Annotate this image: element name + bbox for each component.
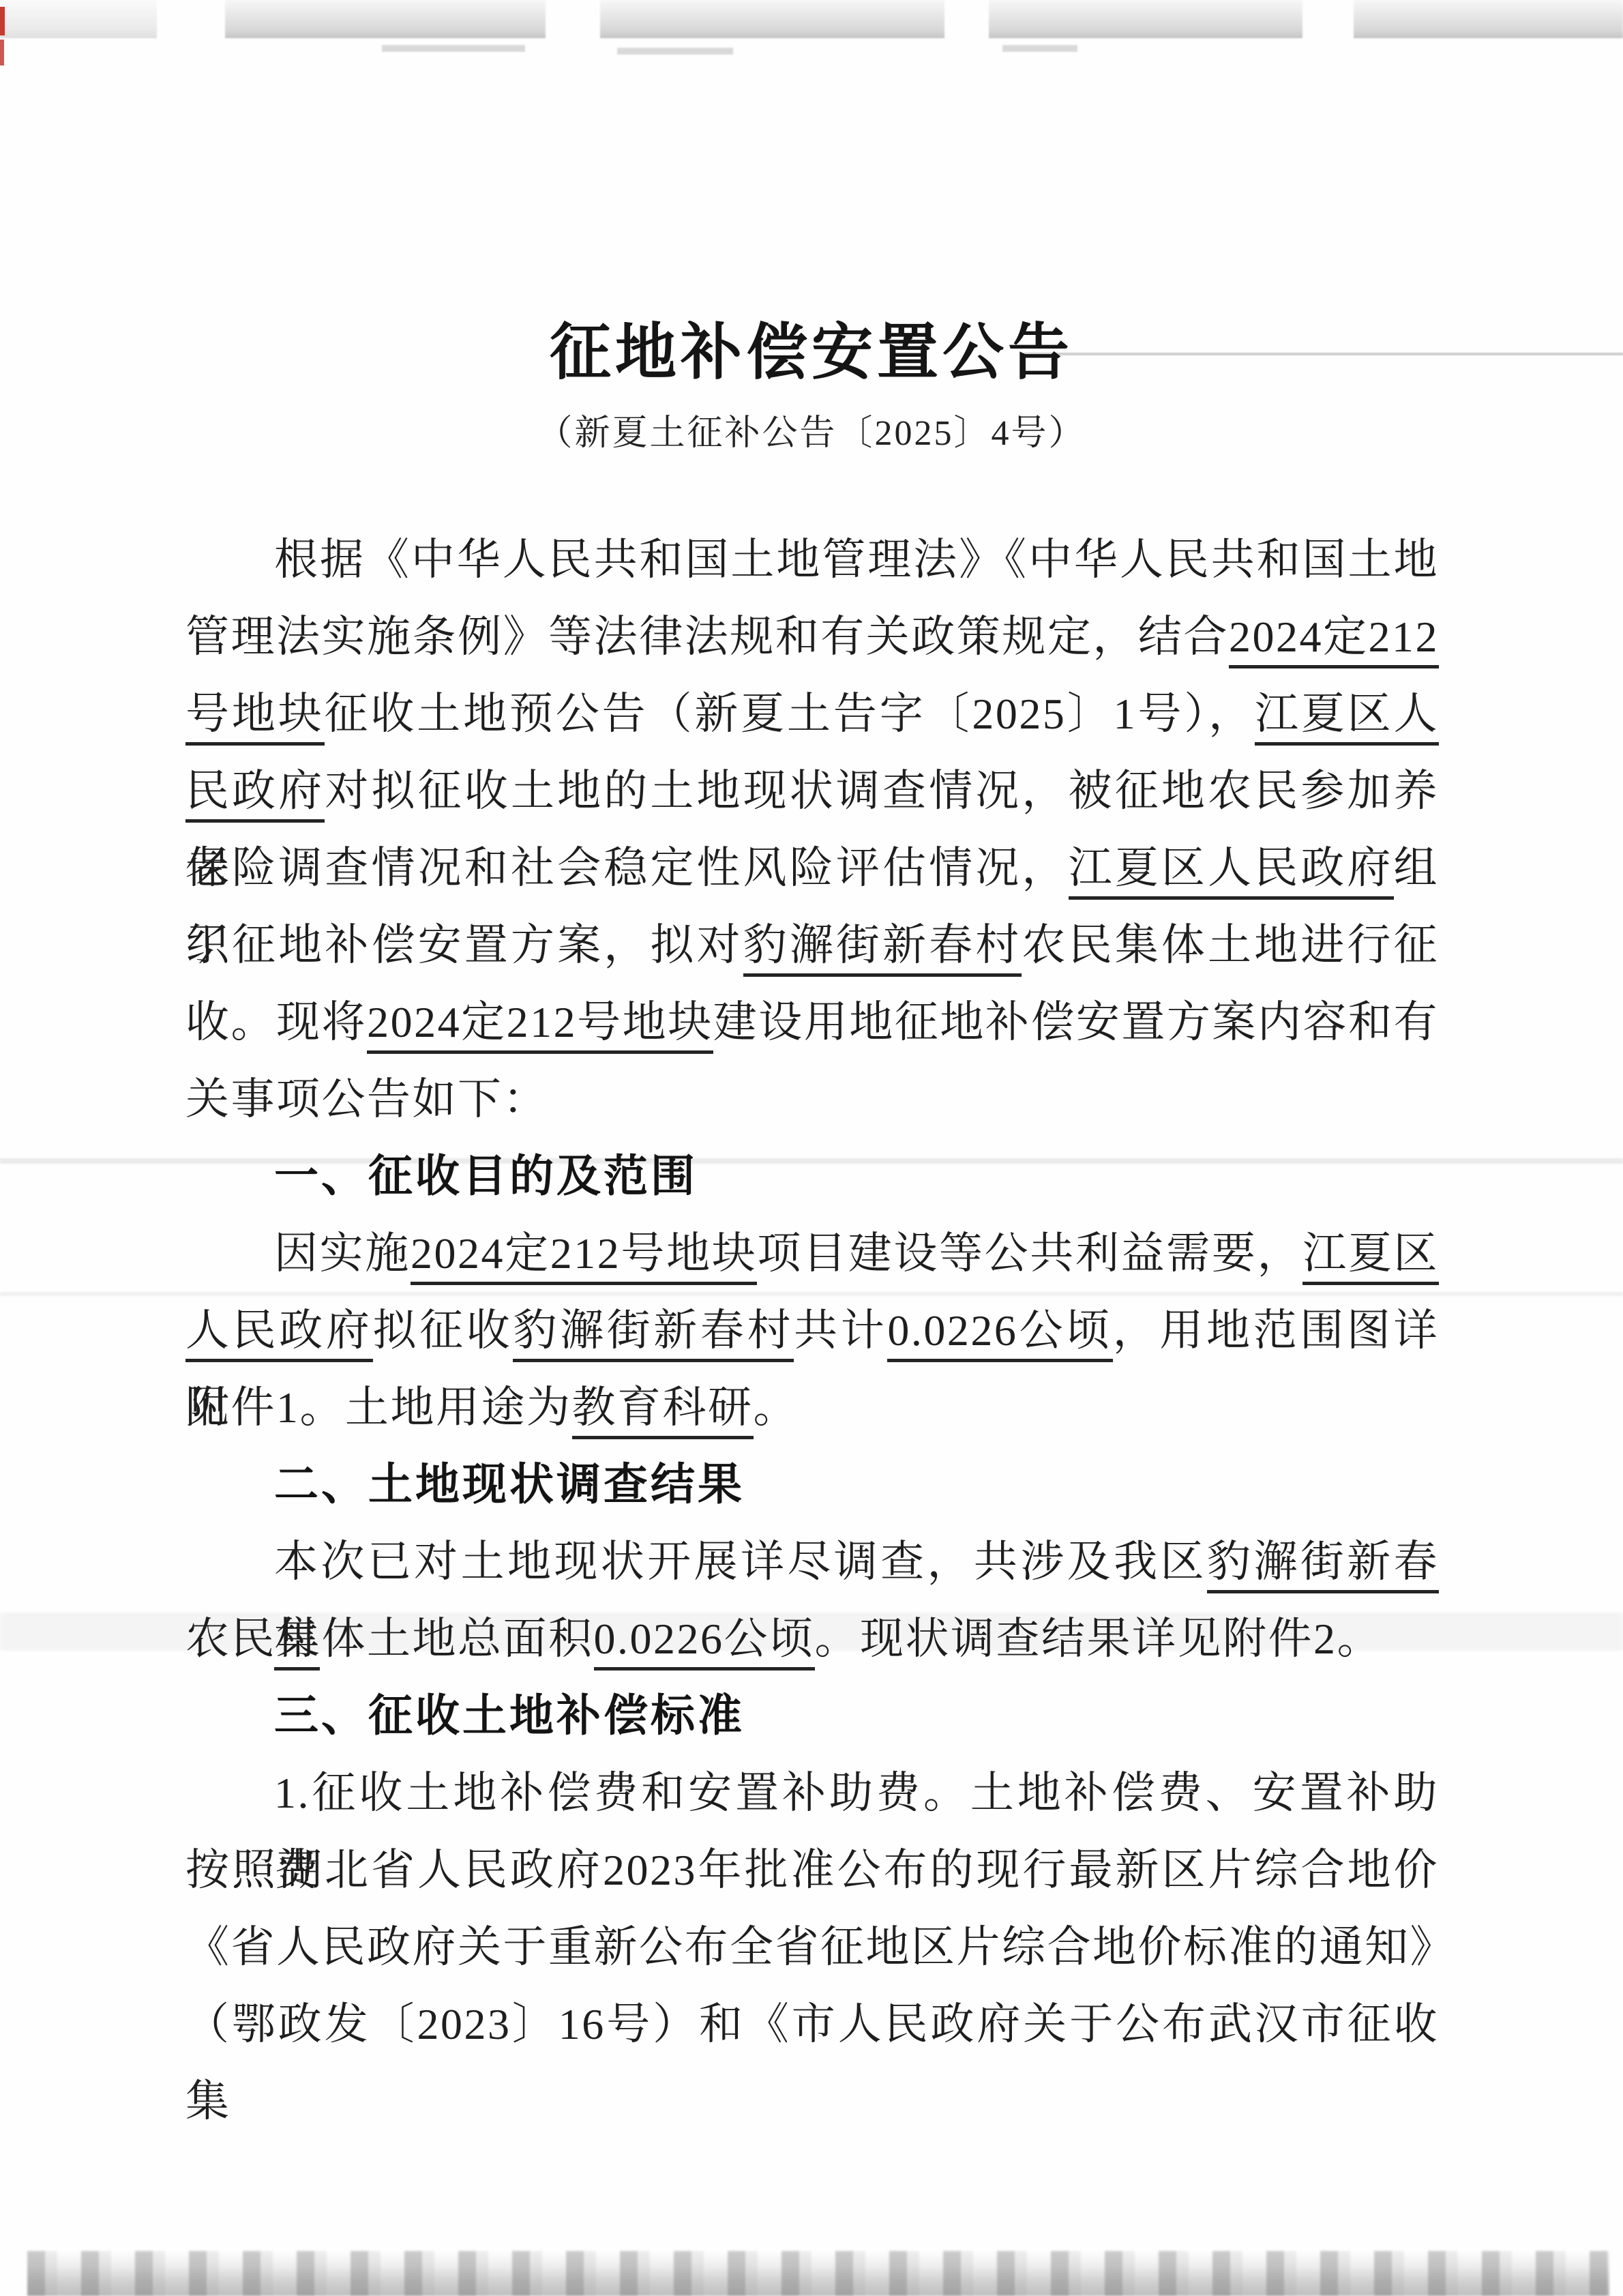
underlined-text: 号地块 bbox=[185, 690, 325, 746]
body-line: 民政府对拟征收土地的土地现状调查情况，被征地农民参加养老 bbox=[185, 752, 1439, 829]
body-line: 关事项公告如下： bbox=[185, 1061, 1439, 1138]
text-segment: 。 bbox=[754, 1383, 799, 1432]
text-segment: 二、土地现状调查结果 bbox=[274, 1459, 745, 1510]
body-line: 按照湖北省人民政府2023年批准公布的现行最新区片综合地价 bbox=[185, 1831, 1439, 1909]
underlined-text: 0.0226公顷 bbox=[594, 1615, 815, 1671]
body-line: 管理法实施条例》等法律法规和有关政策规定，结合2024定212 bbox=[185, 598, 1439, 675]
text-segment: 保险调查情况和社会稳定性风险评估情况， bbox=[185, 844, 1069, 892]
text-segment: 拟征收 bbox=[373, 1306, 513, 1355]
body-line: 人民政府拟征收豹澥街新春村共计0.0226公顷，用地范围图详见 bbox=[185, 1292, 1439, 1369]
text-segment: 《省人民政府关于重新公布全省征地区片综合地价标准的通知》 bbox=[185, 1923, 1455, 1971]
text-segment: 一、征收目的及范围 bbox=[274, 1151, 698, 1202]
scan-ghost-band bbox=[600, 0, 944, 38]
scan-red-mark bbox=[0, 7, 5, 35]
text-segment: 按照湖北省人民政府2023年批准公布的现行最新区片综合地价 bbox=[185, 1846, 1439, 1894]
section-heading: 二、土地现状调查结果 bbox=[185, 1446, 1439, 1523]
scan-ghost-band bbox=[1354, 0, 1623, 38]
text-segment: 管理法实施条例》等法律法规和有关政策规定，结合 bbox=[185, 613, 1229, 661]
text-segment: 了征地补偿安置方案，拟对 bbox=[185, 921, 743, 969]
underlined-text: 豹澥街新春村 bbox=[513, 1306, 794, 1362]
text-segment: 根据《中华人民共和国土地管理法》《中华人民共和国土地 bbox=[274, 535, 1439, 584]
body-line: 附件1。土地用途为教育科研。 bbox=[185, 1369, 1439, 1446]
text-segment: 本次已对土地现状开展详尽调查，共涉及我区 bbox=[274, 1537, 1207, 1586]
underlined-text: 江夏区人 bbox=[1255, 690, 1439, 746]
body-line: 1.征收土地补偿费和安置补助费。土地补偿费、安置补助费 bbox=[185, 1754, 1439, 1831]
body-line: 保险调查情况和社会稳定性风险评估情况，江夏区人民政府组织 bbox=[185, 829, 1439, 907]
scan-red-mark bbox=[0, 40, 4, 65]
underlined-text: 教育科研 bbox=[572, 1383, 754, 1439]
underlined-text: 0.0226公顷 bbox=[887, 1306, 1112, 1362]
underlined-text: 2024定212 bbox=[1229, 613, 1439, 668]
document-number-subtitle: （新夏土征补公告〔2025〕4号） bbox=[0, 401, 1623, 467]
scan-ghost-band bbox=[989, 0, 1302, 38]
scan-ghost-band bbox=[0, 0, 157, 38]
text-segment: 三、征收土地补偿标准 bbox=[274, 1690, 745, 1741]
body-line: 了征地补偿安置方案，拟对豹澥街新春村农民集体土地进行征 bbox=[185, 907, 1439, 984]
text-segment: 。现状调查结果详见附件2。 bbox=[815, 1615, 1383, 1663]
text-segment: 因实施 bbox=[274, 1229, 411, 1278]
page-bottom-cutoff-artifact bbox=[27, 2251, 1609, 2296]
underlined-text: 江夏区人民政府 bbox=[1069, 844, 1394, 900]
section-heading: 一、征收目的及范围 bbox=[185, 1138, 1439, 1215]
text-segment: 共计 bbox=[794, 1306, 887, 1355]
scan-ghost-dash bbox=[382, 45, 525, 52]
scan-ghost-dash bbox=[1002, 45, 1077, 52]
body-line: 《省人民政府关于重新公布全省征地区片综合地价标准的通知》 bbox=[185, 1909, 1439, 1986]
text-segment: 附件1。土地用途为 bbox=[185, 1383, 572, 1432]
underlined-text: 民政府 bbox=[185, 767, 325, 823]
underlined-text: 江夏区 bbox=[1302, 1229, 1439, 1285]
body-line: 农民集体土地总面积0.0226公顷。现状调查结果详见附件2。 bbox=[185, 1600, 1439, 1677]
text-segment: 农民集体土地总面积 bbox=[185, 1615, 594, 1663]
underlined-text: 2024定212号地块 bbox=[411, 1229, 757, 1285]
underlined-text: 2024定212号地块 bbox=[367, 998, 713, 1054]
section-heading: 三、征收土地补偿标准 bbox=[185, 1677, 1439, 1754]
text-segment: 建设用地征地补偿安置方案内容和有 bbox=[713, 998, 1439, 1046]
body-line: 本次已对土地现状开展详尽调查，共涉及我区豹澥街新春村 bbox=[185, 1523, 1439, 1600]
underlined-text: 人民政府 bbox=[185, 1306, 373, 1362]
body-line: 收。现将2024定212号地块建设用地征地补偿安置方案内容和有 bbox=[185, 984, 1439, 1061]
scanned-document-page: 征地补偿安置公告 （新夏土征补公告〔2025〕4号） 根据《中华人民共和国土地管… bbox=[0, 0, 1623, 2296]
scan-ghost-dash bbox=[617, 48, 733, 55]
document-title: 征地补偿安置公告 bbox=[0, 308, 1623, 397]
body-line: 号地块征收土地预公告（新夏土告字〔2025〕1号），江夏区人 bbox=[185, 675, 1439, 752]
text-segment: （鄂政发〔2023〕16号）和《市人民政府关于公布武汉市征收集 bbox=[185, 2000, 1439, 2125]
text-segment: 农民集体土地进行征 bbox=[1022, 921, 1439, 969]
body-line: 因实施2024定212号地块项目建设等公共利益需要，江夏区 bbox=[185, 1215, 1439, 1292]
text-segment: 关事项公告如下： bbox=[185, 1075, 548, 1123]
document-body: 根据《中华人民共和国土地管理法》《中华人民共和国土地管理法实施条例》等法律法规和… bbox=[185, 521, 1439, 2063]
text-segment: 收。现将 bbox=[185, 998, 367, 1046]
text-segment: 征收土地预公告（新夏土告字〔2025〕1号）， bbox=[325, 690, 1255, 738]
scan-ghost-band bbox=[225, 0, 546, 38]
body-line: 根据《中华人民共和国土地管理法》《中华人民共和国土地 bbox=[185, 521, 1439, 598]
text-segment: 项目建设等公共利益需要， bbox=[757, 1229, 1302, 1278]
body-line: （鄂政发〔2023〕16号）和《市人民政府关于公布武汉市征收集 bbox=[185, 1986, 1439, 2063]
underlined-text: 豹澥街新春村 bbox=[743, 921, 1022, 977]
